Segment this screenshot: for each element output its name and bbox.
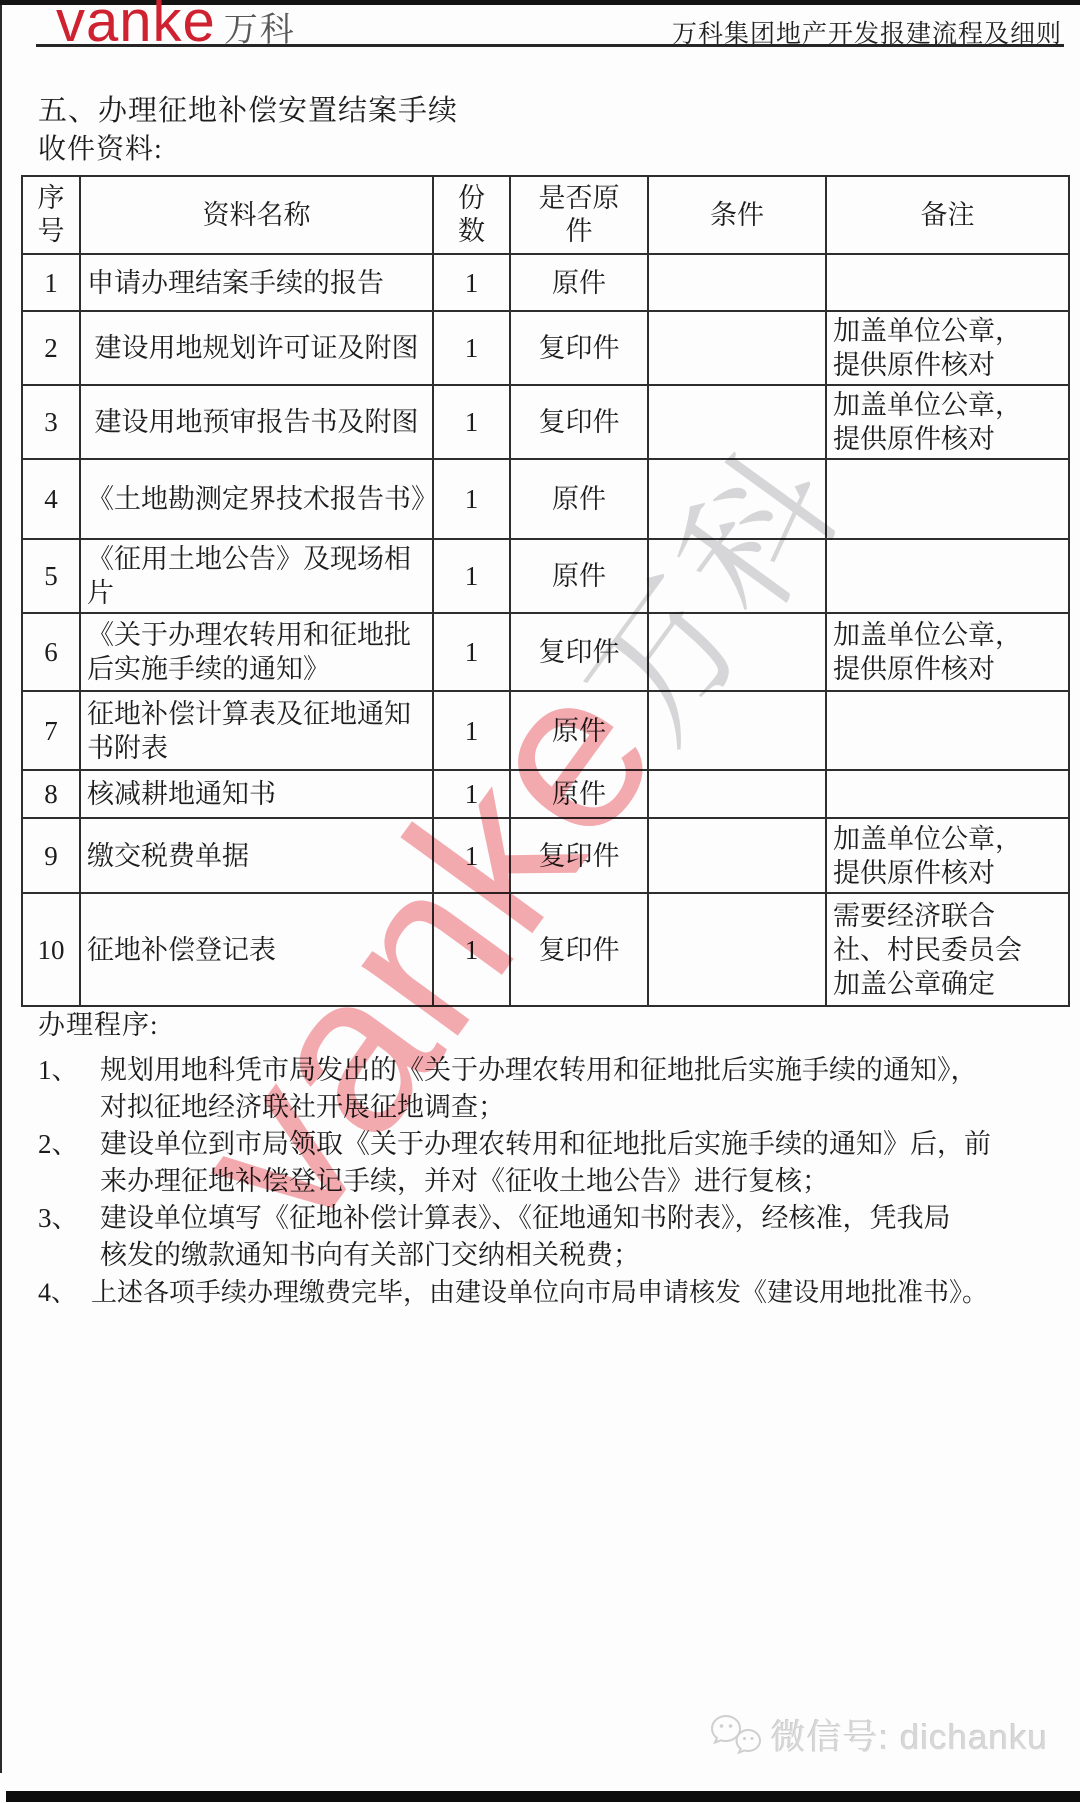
table-header-cell: 份 数: [433, 176, 510, 254]
table-body: 1申请办理结案手续的报告1原件2建设用地规划许可证及附图1复印件加盖单位公章， …: [22, 254, 1069, 1006]
cell-original: 原件: [510, 691, 648, 770]
document-page: vanke万科 万科集团地产开发报建流程及细则 五、办理征地补偿安置结案手续 收…: [0, 0, 1080, 1803]
procedure-section: 办理程序: 1、规划用地科凭市局发出的《关于办理农转用和征地批后实施手续的通知》…: [38, 1003, 1068, 1311]
cell-original: 复印件: [510, 311, 648, 385]
cell-condition: [648, 613, 826, 691]
cell-name: 建设用地预审报告书及附图: [80, 385, 433, 459]
cell-condition: [648, 254, 826, 311]
wechat-icon: [710, 1712, 762, 1758]
cell-condition: [648, 385, 826, 459]
cell-name: 核减耕地通知书: [80, 770, 433, 818]
cell-original: 原件: [510, 459, 648, 539]
cell-count: 1: [433, 818, 510, 893]
cell-no: 7: [22, 691, 80, 770]
cell-original: 原件: [510, 539, 648, 613]
table-row: 1申请办理结案手续的报告1原件: [22, 254, 1069, 311]
cell-count: 1: [433, 539, 510, 613]
table-row: 5《征用土地公告》及现场相片1原件: [22, 539, 1069, 613]
cell-name: 建设用地规划许可证及附图: [80, 311, 433, 385]
table-row: 2建设用地规划许可证及附图1复印件加盖单位公章， 提供原件核对: [22, 311, 1069, 385]
procedure-title: 办理程序:: [38, 1003, 1068, 1042]
table-header-cell: 备注: [826, 176, 1069, 254]
cell-no: 3: [22, 385, 80, 459]
cell-condition: [648, 311, 826, 385]
table-header: 序 号资料名称份 数是否原 件条件备注: [22, 176, 1069, 254]
cell-name: 缴交税费单据: [80, 818, 433, 893]
cell-count: 1: [433, 459, 510, 539]
wechat-id-label: 微信号: dichanku: [770, 1710, 1048, 1760]
cell-original: 复印件: [510, 385, 648, 459]
procedure-item-number: 3、: [38, 1200, 79, 1237]
table-row: 3建设用地预审报告书及附图1复印件加盖单位公章， 提供原件核对: [22, 385, 1069, 459]
table-row: 4《土地勘测定界技术报告书》1原件: [22, 459, 1069, 539]
cell-count: 1: [433, 770, 510, 818]
cell-name: 《征用土地公告》及现场相片: [80, 539, 433, 613]
scan-left-border: [0, 5, 2, 1773]
table-row: 7征地补偿计算表及征地通知书附表1原件: [22, 691, 1069, 770]
procedure-item-text: 规划用地科凭市局发出的《关于办理农转用和征地批后实施手续的通知》， 对拟征地经济…: [100, 1052, 1068, 1126]
cell-remark: 加盖单位公章， 提供原件核对: [826, 818, 1069, 893]
cell-no: 2: [22, 311, 80, 385]
cell-count: 1: [433, 691, 510, 770]
cell-no: 10: [22, 893, 80, 1006]
cell-condition: [648, 539, 826, 613]
wechat-footer: 微信号: dichanku: [710, 1710, 1048, 1760]
cell-no: 4: [22, 459, 80, 539]
cell-remark: [826, 459, 1069, 539]
cell-remark: 加盖单位公章， 提供原件核对: [826, 613, 1069, 691]
cell-name: 《关于办理农转用和征地批后实施手续的通知》: [80, 613, 433, 691]
cell-remark: [826, 691, 1069, 770]
materials-table: 序 号资料名称份 数是否原 件条件备注 1申请办理结案手续的报告1原件2建设用地…: [21, 175, 1070, 1007]
cell-remark: 加盖单位公章， 提供原件核对: [826, 385, 1069, 459]
cell-no: 5: [22, 539, 80, 613]
procedure-item-number: 2、: [38, 1126, 79, 1163]
table-header-cell: 序 号: [22, 176, 80, 254]
table-row: 6《关于办理农转用和征地批后实施手续的通知》1复印件加盖单位公章， 提供原件核对: [22, 613, 1069, 691]
procedure-item-text: 建设单位填写《征地补偿计算表》、《征地通知书附表》，经核准，凭我局 核发的缴款通…: [100, 1200, 1068, 1274]
cell-condition: [648, 459, 826, 539]
table-header-cell: 是否原 件: [510, 176, 648, 254]
section-title: 五、办理征地补偿安置结案手续: [38, 88, 458, 129]
cell-original: 复印件: [510, 613, 648, 691]
cell-count: 1: [433, 893, 510, 1006]
cell-count: 1: [433, 254, 510, 311]
cell-remark: [826, 770, 1069, 818]
cell-condition: [648, 893, 826, 1006]
table-row: 10征地补偿登记表1复印件需要经济联合 社、村民委员会 加盖公章确定: [22, 893, 1069, 1006]
cell-name: 征地补偿登记表: [80, 893, 433, 1006]
procedure-item-text: 建设单位到市局领取《关于办理农转用和征地批后实施手续的通知》后，前 来办理征地补…: [100, 1126, 1068, 1200]
table-header-cell: 条件: [648, 176, 826, 254]
section-subtitle: 收件资料:: [38, 127, 163, 167]
procedure-item: 4、上述各项手续办理缴费完毕，由建设单位向市局申请核发《建设用地批准书》。: [38, 1274, 1068, 1311]
scan-bottom-border: [6, 1791, 1080, 1802]
cell-original: 原件: [510, 254, 648, 311]
cell-count: 1: [433, 385, 510, 459]
cell-name: 《土地勘测定界技术报告书》: [80, 459, 433, 539]
procedure-item: 3、建设单位填写《征地补偿计算表》、《征地通知书附表》，经核准，凭我局 核发的缴…: [38, 1200, 1068, 1274]
cell-original: 原件: [510, 770, 648, 818]
cell-condition: [648, 770, 826, 818]
procedure-item-number: 4、: [38, 1274, 77, 1311]
procedure-item: 1、规划用地科凭市局发出的《关于办理农转用和征地批后实施手续的通知》， 对拟征地…: [38, 1052, 1068, 1126]
cell-original: 复印件: [510, 818, 648, 893]
cell-no: 9: [22, 818, 80, 893]
cell-remark: [826, 539, 1069, 613]
table-header-row: 序 号资料名称份 数是否原 件条件备注: [22, 176, 1069, 254]
cell-count: 1: [433, 613, 510, 691]
cell-no: 6: [22, 613, 80, 691]
table-header-cell: 资料名称: [80, 176, 433, 254]
procedure-item-number: 1、: [38, 1052, 79, 1089]
procedure-item-text: 上述各项手续办理缴费完毕，由建设单位向市局申请核发《建设用地批准书》。: [91, 1274, 1068, 1311]
cell-remark: 加盖单位公章， 提供原件核对: [826, 311, 1069, 385]
cell-remark: 需要经济联合 社、村民委员会 加盖公章确定: [826, 893, 1069, 1006]
procedure-list: 1、规划用地科凭市局发出的《关于办理农转用和征地批后实施手续的通知》， 对拟征地…: [38, 1052, 1068, 1311]
procedure-item: 2、建设单位到市局领取《关于办理农转用和征地批后实施手续的通知》后，前 来办理征…: [38, 1126, 1068, 1200]
cell-condition: [648, 691, 826, 770]
cell-name: 申请办理结案手续的报告: [80, 254, 433, 311]
cell-remark: [826, 254, 1069, 311]
cell-no: 8: [22, 770, 80, 818]
cell-condition: [648, 818, 826, 893]
header-divider: [36, 44, 1064, 47]
cell-no: 1: [22, 254, 80, 311]
cell-original: 复印件: [510, 893, 648, 1006]
table-row: 8核减耕地通知书1原件: [22, 770, 1069, 818]
cell-count: 1: [433, 311, 510, 385]
cell-name: 征地补偿计算表及征地通知书附表: [80, 691, 433, 770]
table-row: 9缴交税费单据1复印件加盖单位公章， 提供原件核对: [22, 818, 1069, 893]
